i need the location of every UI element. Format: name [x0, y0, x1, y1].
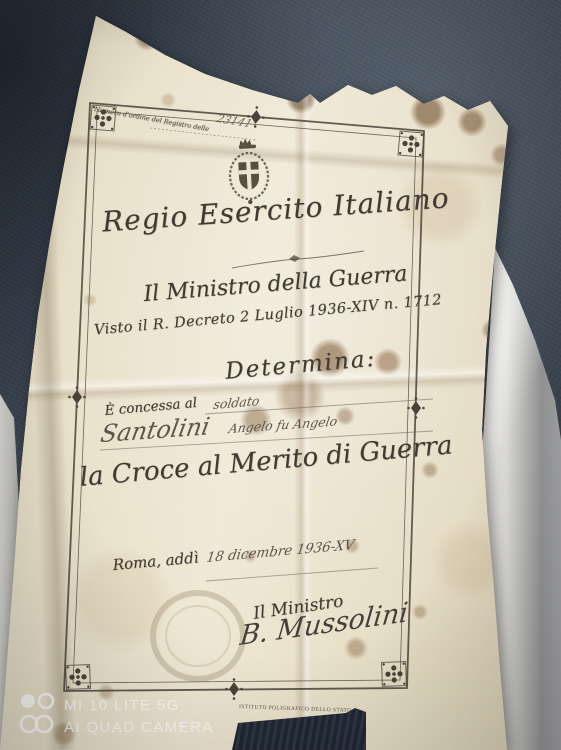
watermark-device-label: MI 10 LITE 5G — [64, 697, 180, 714]
paper-sheet: Numero d'ordine del Registro delle 23141… — [0, 0, 561, 750]
embossed-seal — [153, 593, 243, 679]
watermark-camera-label: AI QUAD CAMERA — [64, 719, 214, 736]
xiaomi-ai-quad-camera-icon — [18, 692, 56, 738]
photo-scene: Numero d'ordine del Registro delle 23141… — [0, 0, 561, 750]
certificate-document: Numero d'ordine del Registro delle 23141… — [0, 0, 561, 750]
